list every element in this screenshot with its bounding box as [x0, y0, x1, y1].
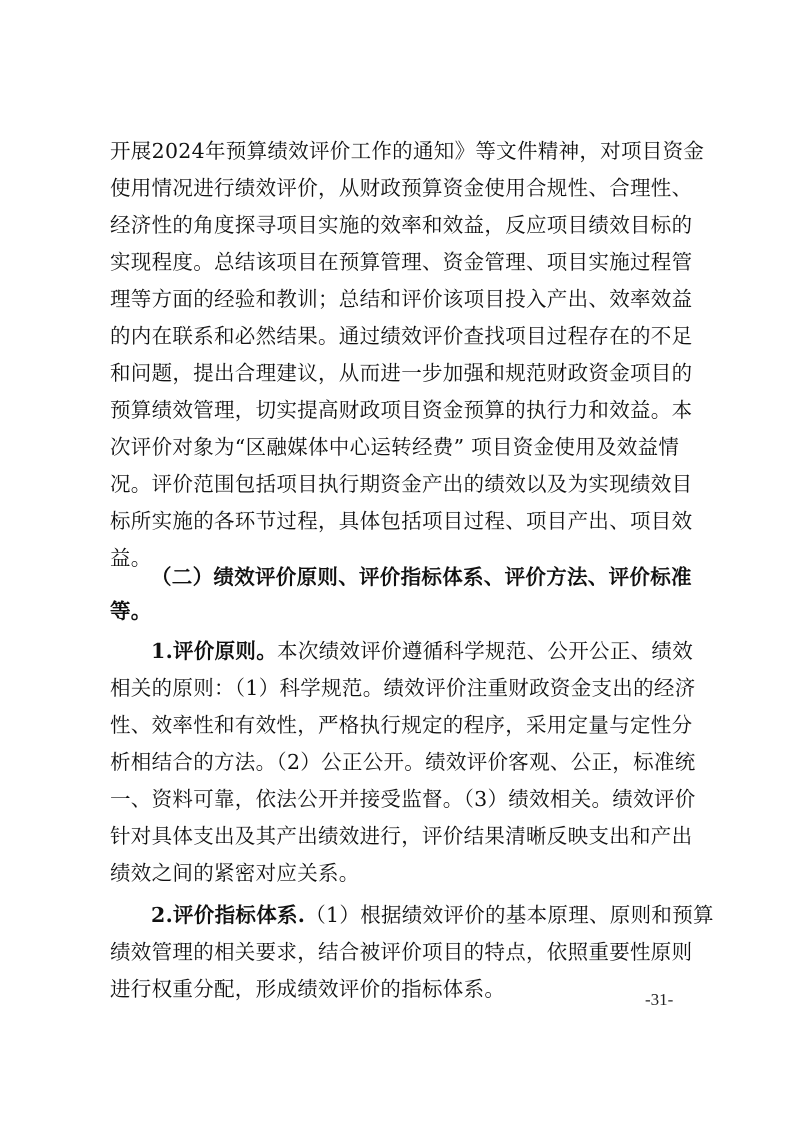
section-heading-line: 等。	[110, 596, 152, 626]
line-text: 一、资料可靠，依法公开并接受监督。（3）绩效相关。绩效评价	[110, 787, 696, 811]
line-text: 本次绩效评价遵循科学规范、公开公正、绩效	[277, 639, 693, 663]
paragraph-line: 绩效管理的相关要求，结合被评价项目的特点，依照重要性原则	[110, 937, 692, 967]
line-text: 标所实施的各环节过程，具体包括项目过程、项目产出、项目效	[110, 509, 692, 533]
line-text: 的内在联系和必然结果。通过绩效评价查找项目过程存在的不足	[110, 324, 692, 348]
bold-lead-in: 2.评价指标体系.	[151, 903, 305, 927]
line-text: 相关的原则：（1）科学规范。绩效评价注重财政资金支出的经济	[110, 676, 696, 700]
paragraph-line: 的内在联系和必然结果。通过绩效评价查找项目过程存在的不足	[110, 321, 692, 351]
line-text: 益。	[110, 546, 152, 570]
page-number: -31-	[645, 990, 673, 1010]
line-text: 绩效管理的相关要求，结合被评价项目的特点，依照重要性原则	[110, 940, 692, 964]
line-text: 等。	[110, 599, 152, 623]
line-text: 经济性的角度探寻项目实施的效率和效益，反应项目绩效目标的	[110, 213, 692, 237]
paragraph-line: 进行权重分配，形成绩效评价的指标体系。	[110, 974, 505, 1004]
paragraph-line: 析相结合的方法。（2）公正公开。绩效评价客观、公正，标准统	[110, 747, 696, 777]
line-text: 次评价对象为“区融媒体中心运转经费” 项目资金使用及效益情	[110, 435, 679, 459]
paragraph-line: 1.评价原则。本次绩效评价遵循科学规范、公开公正、绩效	[151, 636, 693, 666]
line-text: 况。评价范围包括项目执行期资金产出的绩效以及为实现绩效目	[110, 472, 692, 496]
line-text: 理等方面的经验和教训；总结和评价该项目投入产出、效率效益	[110, 287, 692, 311]
line-text: 开展2024年预算绩效评价工作的通知》等文件精神，对项目资金	[110, 139, 704, 163]
paragraph-line: 预算绩效管理，切实提高财政项目资金预算的执行力和效益。本	[110, 395, 692, 425]
line-text: 和问题，提出合理建议，从而进一步加强和规范财政资金项目的	[110, 361, 692, 385]
paragraph-line: 2.评价指标体系.（1）根据绩效评价的基本原理、原则和预算	[151, 900, 714, 930]
line-text: （二）绩效评价原则、评价指标体系、评价方法、评价标准	[151, 565, 692, 589]
line-text: 性、效率性和有效性，严格执行规定的程序，采用定量与定性分	[110, 713, 692, 737]
paragraph-line: 况。评价范围包括项目执行期资金产出的绩效以及为实现绩效目	[110, 469, 692, 499]
bold-lead-in: 1.评价原则。	[151, 639, 277, 663]
paragraph-line: 使用情况进行绩效评价，从财政预算资金使用合规性、合理性、	[110, 173, 692, 203]
line-text: 预算绩效管理，切实提高财政项目资金预算的执行力和效益。本	[110, 398, 692, 422]
paragraph-line: 一、资料可靠，依法公开并接受监督。（3）绩效相关。绩效评价	[110, 784, 696, 814]
paragraph-line: 标所实施的各环节过程，具体包括项目过程、项目产出、项目效	[110, 506, 692, 536]
paragraph-line: 实现程度。总结该项目在预算管理、资金管理、项目实施过程管	[110, 247, 692, 277]
line-text: 针对具体支出及其产出绩效进行，评价结果清晰反映支出和产出	[110, 824, 692, 848]
paragraph-line: 理等方面的经验和教训；总结和评价该项目投入产出、效率效益	[110, 284, 692, 314]
paragraph-line: 经济性的角度探寻项目实施的效率和效益，反应项目绩效目标的	[110, 210, 692, 240]
line-text: 使用情况进行绩效评价，从财政预算资金使用合规性、合理性、	[110, 176, 692, 200]
paragraph-line: 次评价对象为“区融媒体中心运转经费” 项目资金使用及效益情	[110, 432, 679, 462]
section-heading-line: （二）绩效评价原则、评价指标体系、评价方法、评价标准	[151, 562, 692, 592]
line-text: 析相结合的方法。（2）公正公开。绩效评价客观、公正，标准统	[110, 750, 696, 774]
line-text: 绩效之间的紧密对应关系。	[110, 861, 360, 885]
line-text: 进行权重分配，形成绩效评价的指标体系。	[110, 977, 505, 1001]
paragraph-line: 针对具体支出及其产出绩效进行，评价结果清晰反映支出和产出	[110, 821, 692, 851]
paragraph-line: 绩效之间的紧密对应关系。	[110, 858, 360, 888]
paragraph-line: 性、效率性和有效性，严格执行规定的程序，采用定量与定性分	[110, 710, 692, 740]
line-text: 实现程度。总结该项目在预算管理、资金管理、项目实施过程管	[110, 250, 692, 274]
paragraph-line: 益。	[110, 543, 152, 573]
paragraph-line: 和问题，提出合理建议，从而进一步加强和规范财政资金项目的	[110, 358, 692, 388]
line-text: （1）根据绩效评价的基本原理、原则和预算	[305, 903, 714, 927]
paragraph-line: 相关的原则：（1）科学规范。绩效评价注重财政资金支出的经济	[110, 673, 696, 703]
paragraph-line: 开展2024年预算绩效评价工作的通知》等文件精神，对项目资金	[110, 136, 704, 166]
